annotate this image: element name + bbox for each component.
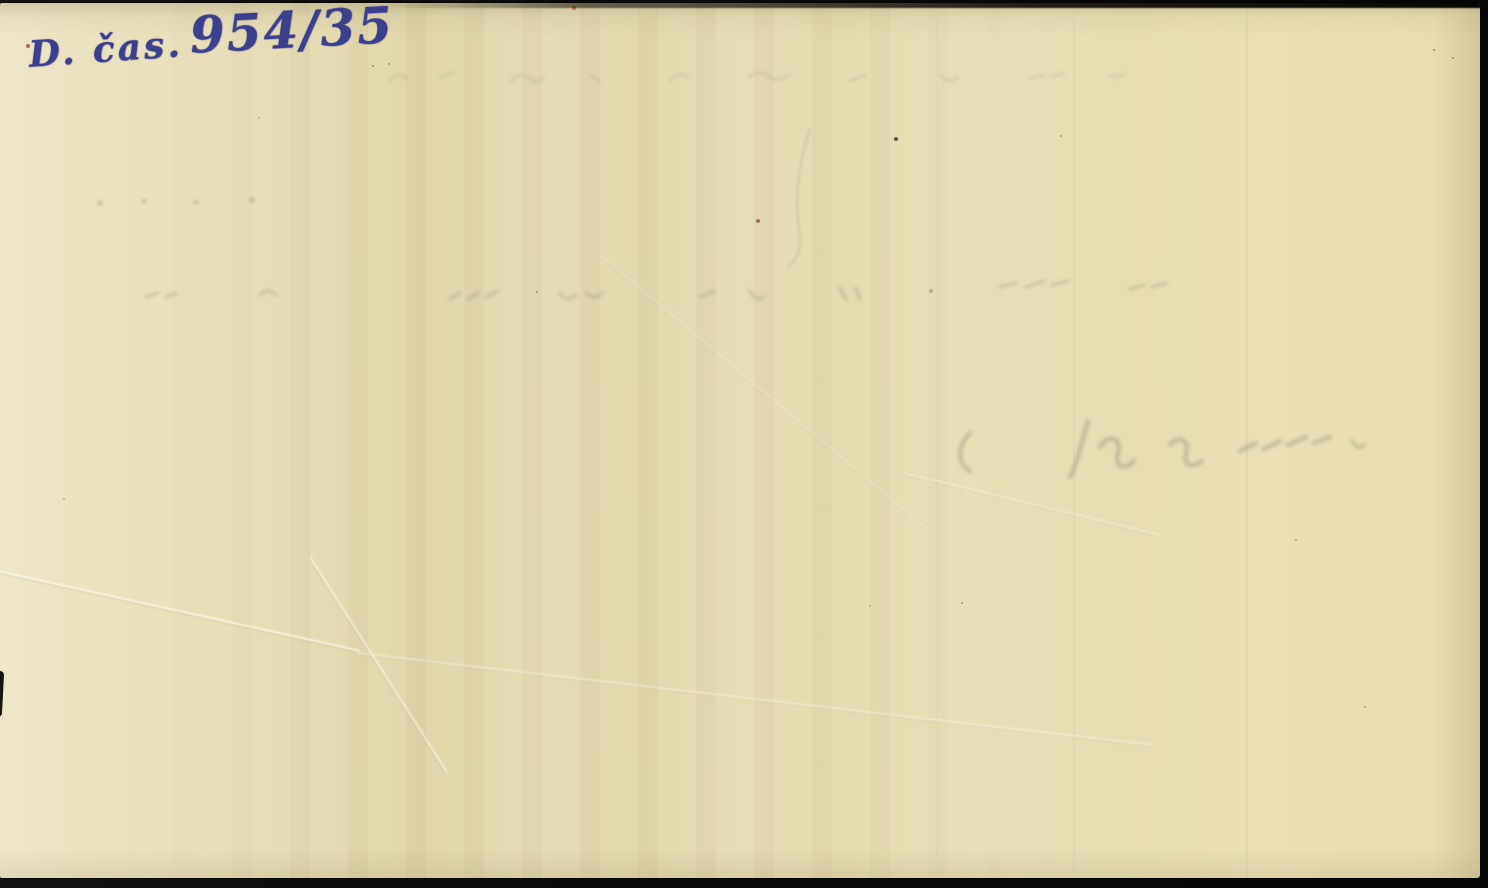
scanner-guide-line xyxy=(1073,3,1075,878)
scan-banding-texture xyxy=(0,3,1480,878)
scanner-guide-line xyxy=(936,3,938,878)
archive-card-back: D. čas.954/35 xyxy=(0,3,1480,878)
top-edge-shadow xyxy=(380,3,1480,8)
scanner-background: D. čas.954/35 xyxy=(0,0,1488,888)
reference-prefix: D. čas. xyxy=(27,23,184,76)
scanner-guide-line xyxy=(1246,3,1248,878)
foxing-specks xyxy=(0,3,2,5)
reference-number: 954/35 xyxy=(188,3,395,65)
